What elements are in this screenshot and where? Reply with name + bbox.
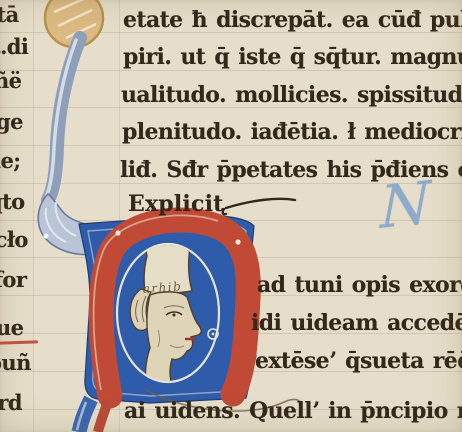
- initial-descender: [77, 399, 108, 432]
- margin-fragment: for: [0, 269, 26, 290]
- explicit-line: Explicit: [128, 193, 224, 215]
- text-line: plenitudo. iađētia. ł mediocrita: [122, 121, 462, 143]
- margin-fragment: tie;: [0, 150, 20, 171]
- text-line: ad tuni opis exord: [257, 274, 462, 296]
- margin-fragment: rtā: [0, 4, 19, 25]
- margin-fragment: ñë: [0, 70, 21, 91]
- face-inscription: arhib: [142, 279, 183, 296]
- margin-fragment: ord: [0, 392, 22, 413]
- explicit-flourish: [223, 199, 295, 214]
- text-line: piri. ut q̄ iste q̄ sq̄tur. magnu: [123, 46, 462, 68]
- margin-fragment: q̈to: [0, 191, 25, 212]
- text-line: ai uidens. Quellʼ in p̄ncipio re: [124, 400, 462, 422]
- margin-fragment: ucło: [0, 229, 28, 250]
- text-line: idi uideam accedē: [251, 312, 462, 334]
- text-line: extēseʼ q̄sueta rēq̄: [255, 350, 462, 372]
- margin-fragment: ge: [0, 111, 23, 132]
- margin-fragment: ue: [0, 317, 23, 338]
- margin-fragment: ouñ: [0, 352, 31, 373]
- margin-fragment: t̄.di: [0, 36, 28, 57]
- manuscript-page: arhib rtā t̄.di ñë ge tie; q̈to ucło for…: [0, 0, 462, 432]
- text-line: etate ħ discrepāt. ea cūđ pulsū: [123, 9, 462, 31]
- text-line: ualitudo. mollicies. spissitudo. ē: [121, 84, 462, 106]
- text-line: liđ. Sđr p̄petates his p̄điens op: [120, 159, 462, 181]
